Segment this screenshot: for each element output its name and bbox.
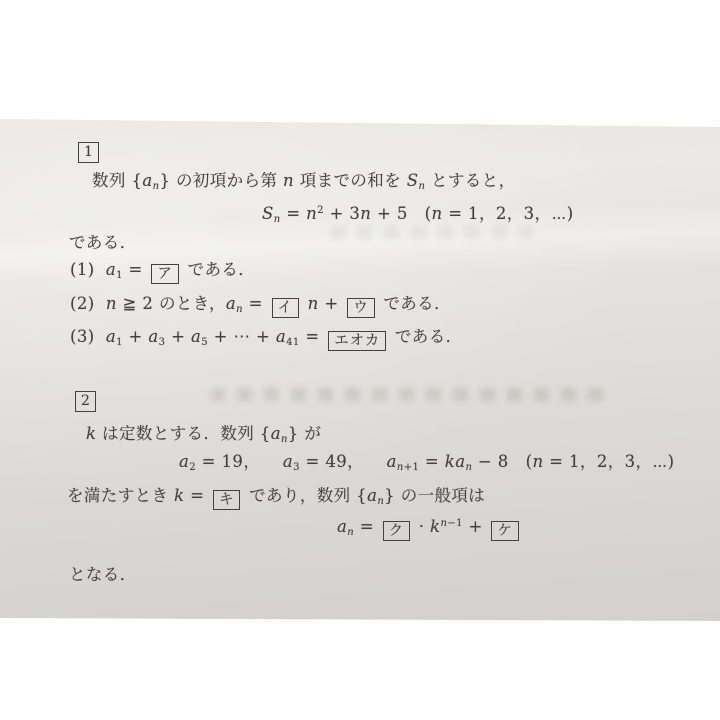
- photo-of-exam-page: 1 数列 {an} の初項から第 n 項までの和を Sn とすると， Sn = …: [0, 0, 720, 720]
- text-segment: n: [236, 304, 243, 315]
- text-segment: である．: [69, 233, 137, 252]
- problem-1-dearu: である．: [69, 231, 137, 255]
- text-segment: } が: [288, 424, 321, 443]
- text-segment: k: [174, 486, 184, 505]
- text-segment: +: [463, 517, 489, 536]
- text-segment: n: [274, 214, 281, 225]
- text-segment: k: [430, 517, 440, 536]
- text-segment: である．: [182, 260, 255, 279]
- text-segment: } の初項から第: [159, 171, 283, 190]
- problem-2-satisfy: を満たすとき k = キ であり，数列 {an} の一般項は: [67, 484, 485, 514]
- problem-2-number-box: 2: [75, 391, 96, 412]
- text-segment: 1: [116, 337, 123, 348]
- text-segment: 数列 {: [92, 171, 142, 190]
- text-segment: − 8 (: [472, 452, 532, 471]
- text-segment: n: [308, 294, 319, 313]
- page-show-through: [210, 388, 610, 401]
- text-segment: であり，数列 {: [243, 486, 367, 505]
- text-segment: ·: [413, 517, 430, 536]
- answer-box: ケ: [491, 521, 519, 541]
- text-segment: } の一般項は: [384, 486, 485, 505]
- text-segment: + ⋯ +: [208, 327, 276, 346]
- text-segment: (3): [70, 327, 106, 346]
- text-segment: 5: [201, 337, 208, 348]
- text-segment: = 1，2，3，⋯): [443, 204, 574, 223]
- text-segment: 2: [189, 462, 196, 473]
- text-segment: + 5 (: [371, 204, 431, 223]
- text-segment: a: [179, 452, 189, 471]
- text-segment: となる．: [69, 565, 137, 584]
- text-segment: n: [281, 434, 288, 445]
- text-segment: a: [455, 452, 465, 471]
- text-segment: n: [106, 294, 117, 313]
- text-segment: a: [337, 517, 347, 536]
- text-segment: ≧ 2 のとき，: [117, 294, 226, 313]
- text-segment: n: [360, 204, 371, 223]
- text-segment: a: [106, 327, 116, 346]
- text-segment: 41: [286, 337, 300, 348]
- text-segment: S: [407, 171, 419, 190]
- text-segment: +: [123, 327, 149, 346]
- text-segment: 1: [116, 270, 123, 281]
- text-segment: =: [184, 486, 210, 505]
- text-segment: =: [243, 294, 269, 313]
- problem-1-intro: 数列 {an} の初項から第 n 項までの和を Sn とすると，: [92, 169, 515, 199]
- answer-box: ク: [383, 521, 411, 541]
- answer-box: ア: [151, 264, 179, 284]
- text-segment: −1: [447, 518, 463, 529]
- text-segment: n: [397, 462, 404, 473]
- text-segment: k: [445, 452, 455, 471]
- text-segment: + 3: [324, 204, 360, 223]
- text-segment: =: [281, 204, 307, 223]
- answer-box: イ: [272, 298, 300, 318]
- text-segment: を満たすとき: [67, 486, 174, 505]
- text-segment: n: [532, 452, 543, 471]
- text-segment: a: [226, 294, 236, 313]
- answer-box: キ: [213, 490, 241, 510]
- problem-2-tonaru: となる．: [69, 563, 137, 587]
- problem-1-item-1: (1) a1 = ア である．: [70, 258, 255, 288]
- text-segment: である．: [378, 294, 451, 313]
- problem-2-intro: k は定数とする．数列 {an} が: [86, 422, 321, 452]
- text-segment: +: [165, 327, 191, 346]
- text-segment: k: [86, 424, 96, 443]
- answer-box: ウ: [347, 298, 375, 318]
- text-segment: 2: [317, 205, 324, 216]
- text-segment: S: [262, 204, 274, 223]
- text-segment: =: [419, 452, 445, 471]
- text-segment: は定数とする．数列 {: [96, 424, 270, 443]
- problem-1-number-box: 1: [78, 142, 99, 163]
- text-segment: a: [387, 452, 397, 471]
- text-segment: =: [354, 517, 380, 536]
- text-segment: a: [191, 327, 201, 346]
- text-segment: (1): [70, 260, 106, 279]
- text-segment: a: [106, 260, 116, 279]
- text-segment: n: [283, 171, 294, 190]
- text-segment: である．: [389, 327, 462, 346]
- text-segment: a: [283, 452, 293, 471]
- text-segment: a: [367, 486, 377, 505]
- text-segment: とすると，: [425, 171, 515, 190]
- text-segment: = 1，2，3，⋯): [544, 452, 675, 471]
- text-segment: a: [142, 171, 152, 190]
- text-segment: 項までの和を: [294, 171, 407, 190]
- text-segment: = 49，: [300, 452, 387, 471]
- text-segment: +1: [404, 462, 420, 473]
- text-segment: a: [271, 424, 281, 443]
- problem-1-item-2: (2) n ≧ 2 のとき，an = イ n + ウ である．: [70, 292, 451, 322]
- text-segment: 3: [293, 462, 300, 473]
- text-segment: n: [306, 204, 317, 223]
- problem-1-item-3: (3) a1 + a3 + a5 + ⋯ + a41 = エオカ である．: [70, 325, 463, 355]
- text-segment: = 19，: [196, 452, 283, 471]
- text-segment: a: [148, 327, 158, 346]
- text-segment: =: [123, 260, 149, 279]
- text-segment: (2): [70, 294, 106, 313]
- answer-box: エオカ: [328, 331, 386, 351]
- problem-2-general-term: an = ク · kn−1 + ケ: [337, 512, 522, 545]
- problem-2-conditions: a2 = 19， a3 = 49， an+1 = kan − 8 (n = 1，…: [179, 450, 675, 480]
- text-segment: a: [276, 327, 286, 346]
- text-segment: =: [300, 327, 326, 346]
- text-segment: +: [319, 294, 345, 313]
- problem-1-sum-formula: Sn = n2 + 3n + 5 (n = 1，2，3，⋯): [262, 199, 574, 232]
- text-segment: n: [432, 204, 443, 223]
